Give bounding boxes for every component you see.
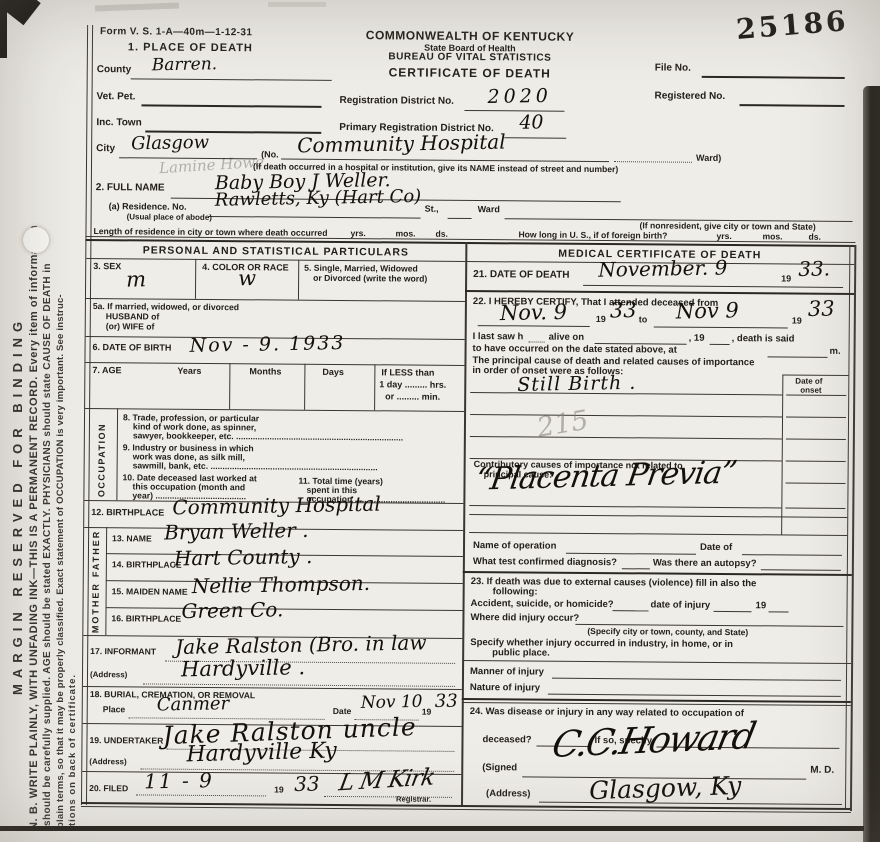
row-border [462,702,851,706]
residence-label: (a) Residence. No. [109,202,187,212]
blank-line [710,344,730,345]
operation-label: Name of operation [473,541,556,552]
undertaker-address-label: (Address) [89,758,126,767]
age-years-header: Years [177,367,201,377]
filed-date-handwritten: 11 - 9 [144,770,214,791]
mother-vertical-label: MOTHER [90,582,100,633]
cell-border [229,363,230,409]
city-handwritten: Glasgow [131,134,209,153]
pencil-annotation: 215 [535,407,590,442]
file-no-label: File No. [655,63,691,74]
place-of-death-heading: 1. PLACE OF DEATH [128,42,253,55]
row-border [463,571,852,576]
test-confirmed-label: What test confirmed diagnosis? [473,557,617,568]
occupation-vertical-label: OCCUPATION [96,423,107,497]
cell-border [116,408,118,500]
certificate-title: CERTIFICATE OF DEATH [330,66,610,81]
row-border [106,607,463,611]
registrar-signature-handwritten: L M Kirk [337,766,436,795]
md-label: M. D. [810,766,834,777]
form-number: Form V. S. 1-A—40m—1-12-31 [100,27,252,39]
contributory-cause-handwritten: “Placenta Previa” [473,457,738,495]
if-less-label: or ......... min. [385,392,440,402]
ward2-label: Ward [478,205,500,215]
blank-line [464,110,564,112]
undertaker-address-handwritten: Hardyville Ky [186,740,337,766]
birthplace-handwritten: Community Hospital [172,494,381,518]
blank-line [548,694,841,697]
printed-19: 19 [596,315,606,325]
mos-label: mos. [762,232,782,241]
physician-signature-handwritten: C.C.Howard [549,719,757,764]
mother-birthplace-label: 16. BIRTHPLACE [111,614,181,624]
autopsy-label: Was there an autopsy? [653,558,757,569]
onset-box-border [781,374,783,534]
if-less-label: 1 day ......... hrs. [379,380,446,390]
personal-section-title: PERSONAL AND STATISTICAL PARTICULARS [86,245,465,259]
scan-smudge [268,2,326,7]
form-body: Form V. S. 1-A—40m—1-12-31 1. PLACE OF D… [0,0,880,842]
age-label: 7. AGE [92,366,121,376]
mos-label: mos. [395,229,415,238]
registrar-label: Registrar. [396,795,431,803]
father-name-handwritten: Bryan Weller . [164,520,309,543]
cause-rule-line [470,436,782,439]
blank-line [552,678,841,681]
sex-label: 3. SEX [93,262,121,272]
registration-district-label: Registration District No. [339,96,454,108]
printed-19: 19 [756,601,767,611]
cause-rule-line [469,532,847,536]
occurred-statement: to have occurred on the date stated abov… [473,344,677,356]
informant-handwritten: Jake Ralston (Bro. in law [175,632,427,657]
row-border [85,362,464,366]
date-of-death-handwritten: November. 9 [598,257,727,279]
printed-19: 19 [274,785,284,794]
m-label: m. [830,347,841,357]
manner-of-injury-label: Manner of injury [470,667,544,678]
date-of-death-label: 21. DATE OF DEATH [473,270,569,282]
blank-line [209,216,421,219]
printed-19: 19 [781,274,791,284]
mother-maiden-name-handwritten: Nellie Thompson. [192,573,371,596]
color-race-handwritten: w [238,268,256,289]
abode-note: (Usual place of abode) [127,213,212,222]
date-of-birth-label: 6. DATE OF BIRTH [93,343,172,353]
burial-date-handwritten: Nov 10 [361,694,423,712]
right-border-outer [850,245,856,811]
scan-right-bar [863,86,880,842]
ds-label: ds. [435,230,447,239]
dotted-line [614,161,692,163]
age-months-header: Months [249,367,281,377]
right-border-inner [845,245,850,809]
informant-label: 17. INFORMANT [90,647,156,657]
county-handwritten: Barren. [152,56,218,74]
attended-from-handwritten: Nov. 9 [500,302,567,324]
scan-bottom-line [0,826,864,831]
to-label: to [639,315,648,325]
last-saw-statement: I last saw h [473,332,524,343]
last-saw-statement: , 19 [689,334,705,344]
physician-address-label: (Address) [486,789,530,800]
onset-rule-line [786,482,846,483]
blank-line [583,285,843,288]
cause-rule-line [470,414,782,417]
death-year-handwritten: 33. [798,258,830,279]
blank-line [478,325,590,327]
cell-border [374,364,375,410]
blank-line [141,104,321,107]
blank-line [714,611,752,612]
last-saw-statement: alive on [549,333,584,344]
where-injury-label: Where did injury occur? [470,613,579,624]
row-border [85,408,464,412]
if-less-label: If LESS than [381,368,434,378]
informant-address-handwritten: Hardyville . [181,657,305,680]
mother-maiden-name-label: 15. MAIDEN NAME [112,587,188,597]
blank-line [761,569,841,571]
marital-label: or Divorced (write the word) [313,274,427,284]
father-birthplace-label: 14. BIRTHPLACE [112,560,182,570]
dotted-line [136,794,266,796]
cause-rule-line [469,505,781,508]
blank-line [768,356,828,357]
accident-label: Accident, suicide, or homicide? [471,599,614,610]
blank-line [769,611,789,612]
father-vertical-label: FATHER [91,530,101,577]
row-border [462,660,851,664]
burial-place-handwritten: Canmer [157,695,230,714]
street-label: St., [425,205,439,215]
blank-line [504,137,566,138]
physician-address-handwritten: Glasgow, Ky [589,773,742,803]
primary-district-label: Primary Registration District No. [339,123,494,135]
cell-border [195,259,196,299]
where-injury-note: (Specify city or town, county, and State… [587,627,748,637]
row-border [465,290,854,295]
inc-town-label: Inc. Town [96,118,141,129]
filed-label: 20. FILED [89,784,128,794]
registration-district-handwritten: 2020 [487,87,552,107]
printed-19: 19 [792,317,802,327]
cell-border [298,260,299,300]
full-name-label: 2. FULL NAME [96,183,165,194]
blank-line [613,610,649,611]
column-divider [461,242,467,806]
signed-label: (Signed [482,763,517,774]
onset-rule-line [786,460,846,461]
onset-rule-line [786,394,846,395]
wife-of-label: (or) WIFE of [106,322,155,332]
vet-pet-label: Vet. Pet. [96,92,135,103]
blank-line [742,554,842,556]
occupation-trade-label: sawyer, bookkeeper, etc. ...............… [133,431,458,443]
yrs-label: yrs. [350,229,365,238]
blank-line [654,326,788,328]
registered-no-label: Registered No. [655,91,726,102]
onset-rule-line [786,416,846,417]
scan-edge-mark [0,0,7,58]
yrs-label: yrs. [716,232,731,241]
primary-district-handwritten: 40 [519,113,544,132]
attended-from-year-handwritten: 33 [610,300,637,321]
blank-line [539,802,842,805]
occupation-industry-label: sawmill, bank, etc. ....................… [133,461,458,473]
institution-handwritten: Community Hospital [297,132,506,156]
external-causes-label: following: [493,587,538,598]
informant-address-label: (Address) [90,671,127,680]
printed-19: 19 [422,708,432,717]
cause-rule-line [469,514,847,518]
nature-of-injury-label: Nature of injury [470,683,540,694]
ward-label: Ward) [696,154,721,164]
residence-handwritten: Rawletts, Ky (Hart Co) [215,188,422,210]
operation-date-label: Date of [700,543,732,554]
onset-rule-line [785,507,845,508]
city-label: City [96,144,115,155]
dotted-line [529,341,545,342]
father-birthplace-handwritten: Hart County . [174,546,313,569]
blank-line [622,568,650,569]
county-label: County [97,65,132,76]
dotted-line [324,796,452,798]
sex-handwritten: m [126,269,146,290]
burial-year-handwritten: 33 [435,693,458,711]
filed-year-handwritten: 33 [294,774,320,794]
mother-birthplace-handwritten: Green Co. [181,599,283,621]
age-days-header: Days [322,368,344,378]
father-name-label: 13. NAME [112,534,152,544]
blank-line [702,76,845,79]
blank-line [131,78,332,81]
attended-to-handwritten: Nov 9 [676,300,739,322]
birthplace-label: 12. BIRTHPLACE [91,508,164,518]
injury-date-label: date of injury [651,600,711,611]
cause-of-death-handwritten: Still Birth . [517,374,636,395]
blank-line [739,104,844,107]
specify-injury-label: public place. [492,648,550,659]
death-certificate: MARGIN RESERVED FOR BINDING N. B. WRITE … [0,0,880,842]
cell-border [304,364,305,410]
deceased-label: deceased? [482,735,531,746]
bureau-subtitle: BUREAU OF VITAL STATISTICS [330,52,610,65]
blank-line [566,553,696,555]
onset-rule-line [786,438,846,439]
last-saw-statement: , death is said [732,334,795,345]
certificate-number-stamp: 25186 [735,6,849,45]
burial-place-label: Place [103,705,126,714]
undertaker-label: 19. UNDERTAKER [89,736,163,746]
attended-to-year-handwritten: 33 [808,299,835,320]
ds-label: ds. [808,233,820,242]
date-of-birth-handwritten: Nov - 9. 1933 [189,334,345,356]
blank-line [448,218,472,219]
commonwealth-title: COMMONWEALTH OF KENTUCKY [330,29,610,44]
